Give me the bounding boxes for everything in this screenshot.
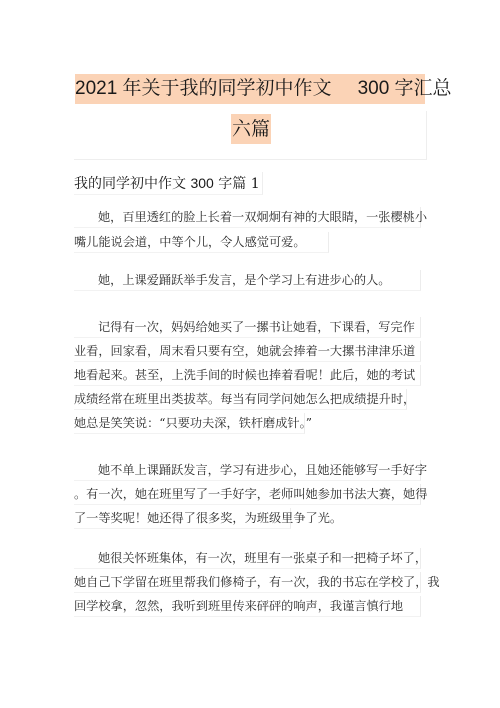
paragraph-line: 了一等奖呢！她还得了很多奖，为班级里争了光。 [74,508,291,529]
paragraph-line: 她自己下学留在班里帮我们修椅子，有一次，我的书忘在学校了，我 [74,572,421,593]
paragraph-line: 她很关怀班集体，有一次，班里有一张桌子和一把椅子坏了， [74,548,421,569]
paragraph-line: 她，上课爱踊跃举手发言，是个学习上有进步心的人。 [74,270,421,291]
paragraph-line: 回学校拿，忽然，我听到班里传来砰砰的响声，我谨言慎行地 [74,596,421,617]
document-title-line-2: 六篇 [231,114,271,144]
document-title-line-1: 2021 年关于我的同学初中作文300 字汇总 [75,74,425,104]
paragraph-line: 她总是笑笑说：“只要功夫深，铁杆磨成针。” [74,413,305,434]
paragraph-line: 嘴儿能说会道，中等个儿，令人感觉可爱。 [74,232,329,253]
title-part-1: 2021 年关于我的同学初中作文 [75,78,332,99]
title-part-2: 300 字汇总 [358,78,452,99]
paragraph-line: 业看，回家看，周末看只要有空，她就会捧着一大摞书津津乐道 [74,341,421,362]
paragraph-line: 记得有一次，妈妈给她买了一摞书让她看，下课看，写完作 [74,317,421,338]
paragraph-line: 她不单上课踊跃发言，学习有进步心，且她还能够写一手好字 [74,460,421,481]
paragraph-line: 成绩经常在班里出类拔萃。每当有同学问她怎么把成绩提升时， [74,389,407,410]
section-heading: 我的同学初中作文 300 字篇 1 [74,172,263,195]
paragraph-line: 。有一次，她在班里写了一手好字，老师叫她参加书法大赛，她得 [74,484,421,505]
paragraph-line: 地看起来。甚至，上洗手间的时候也捧着看呢！此后，她的考试 [74,365,421,386]
paragraph-line: 她，百里透红的脸上长着一双炯炯有神的大眼睛，一张樱桃小 [74,207,421,228]
